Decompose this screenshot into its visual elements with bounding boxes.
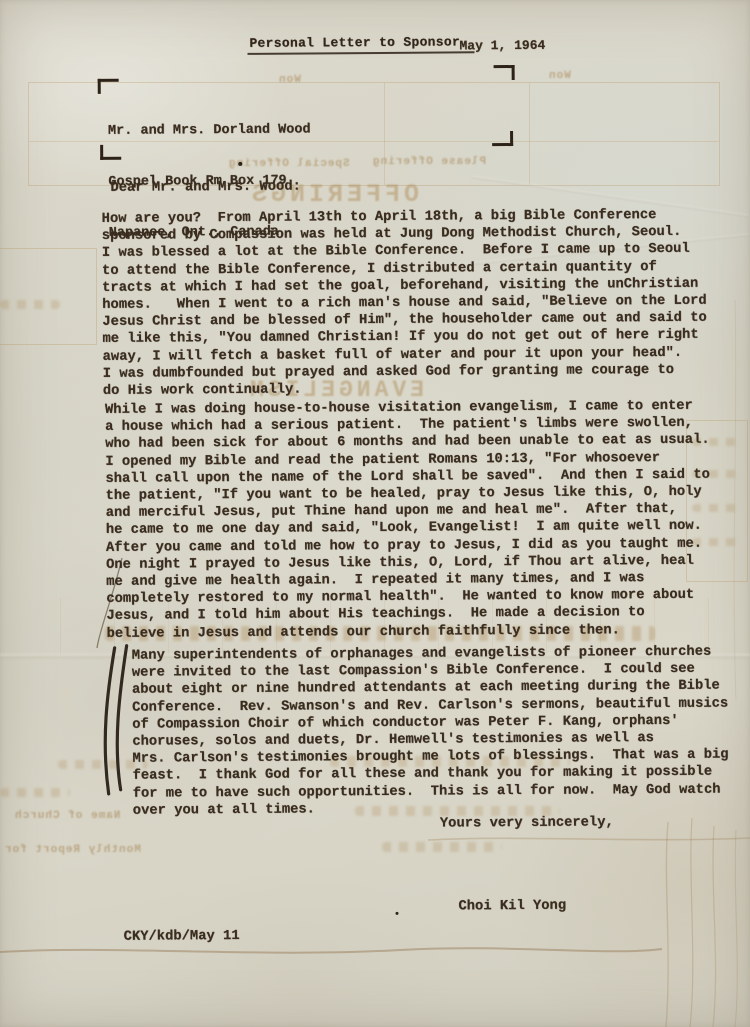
signature-name: Choi Kil Yong <box>458 898 566 916</box>
letter-title: Personal Letter to Sponsor <box>247 34 474 55</box>
scanned-letter-page: OFFERINGS EVANGELISM Won Won Special Off… <box>0 0 750 1027</box>
letter-paragraph-1: How are you? From April 13th to April 18… <box>102 207 708 400</box>
crop-mark-top-right <box>494 65 515 80</box>
closing-line: Yours very sincerely, <box>440 814 614 832</box>
reference-initials: CKY/kdb/May 11 <box>124 928 240 946</box>
crop-mark-bottom-right <box>492 131 513 146</box>
margin-pen-stroke <box>105 648 116 794</box>
stray-ink-dot <box>238 162 242 166</box>
typed-content-layer: Personal Letter to Sponsor May 1, 1964 M… <box>0 0 750 1027</box>
stray-ink-dot <box>395 912 398 915</box>
recipient-name: Mr. and Mrs. Dorland Wood <box>108 121 311 139</box>
letter-date: May 1, 1964 <box>459 38 545 54</box>
letter-paragraph-2: While I was doing house-to-house visitat… <box>105 398 711 643</box>
margin-pen-stroke <box>117 646 128 790</box>
letter-paragraph-3: Many superintendents of orphanages and e… <box>132 644 729 820</box>
salutation: Dear Mr. and Mrs. Wood: <box>110 179 301 198</box>
